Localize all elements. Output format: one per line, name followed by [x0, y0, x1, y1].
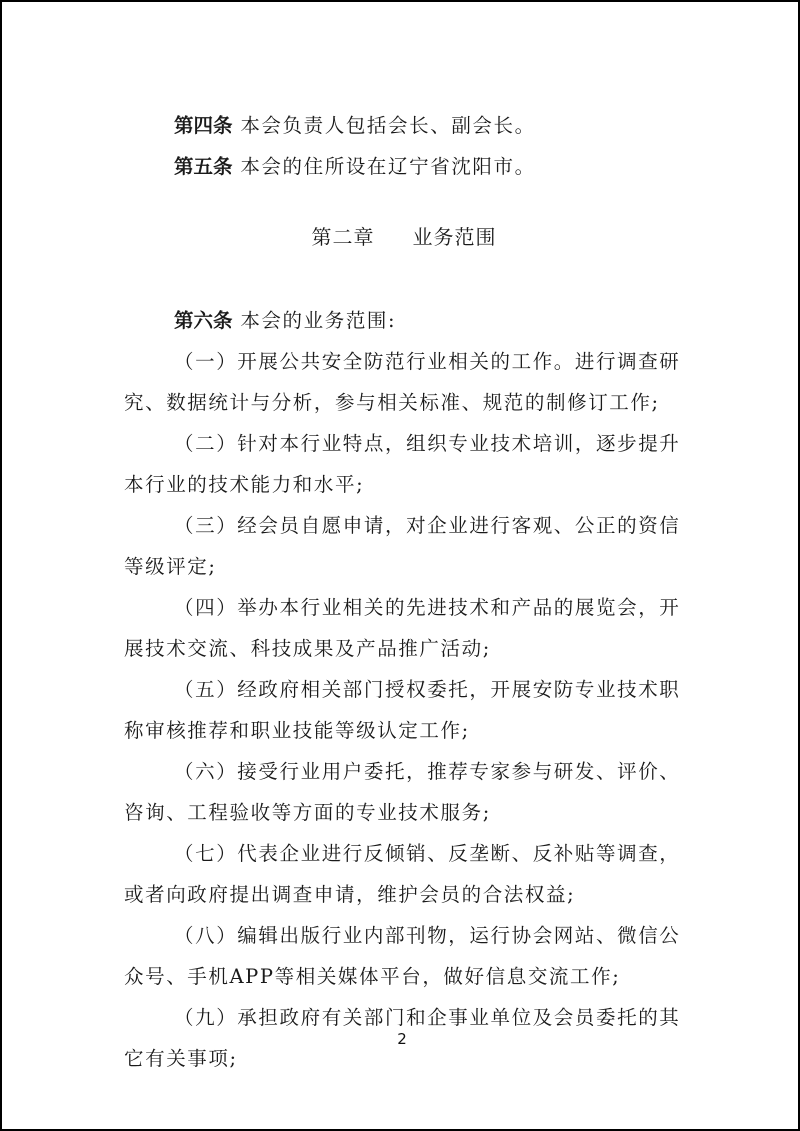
- article-6-item-2: （二）针对本行业特点，组织专业技术培训，逐步提升 本行业的技术能力和水平;: [124, 423, 684, 505]
- item-line: （八）编辑出版行业内部刊物，运行协会网站、微信公: [124, 915, 684, 956]
- spacer: [124, 258, 684, 300]
- item-line: 展技术交流、科技成果及产品推广活动;: [124, 628, 684, 669]
- item-line: （五）经政府相关部门授权委托，开展安防专业技术职: [124, 669, 684, 710]
- article-text: 本会的住所设在辽宁省沈阳市。: [240, 155, 535, 178]
- item-line: 或者向政府提出调查申请，维护会员的合法权益;: [124, 874, 684, 915]
- item-line: （七）代表企业进行反倾销、反垄断、反补贴等调查，: [124, 833, 684, 874]
- article-label: 第四条: [174, 114, 233, 137]
- chapter-number: 第二章: [312, 225, 375, 249]
- article-4: 第四条 本会负责人包括会长、副会长。: [124, 105, 684, 146]
- item-line: 本行业的技术能力和水平;: [124, 464, 684, 505]
- article-6-item-7: （七）代表企业进行反倾销、反垄断、反补贴等调查， 或者向政府提出调查申请，维护会…: [124, 833, 684, 915]
- document-body: 第四条 本会负责人包括会长、副会长。 第五条 本会的住所设在辽宁省沈阳市。 第二…: [124, 105, 684, 1079]
- item-line: 究、数据统计与分析，参与相关标准、规范的制修订工作;: [124, 382, 684, 423]
- item-line: （三）经会员自愿申请，对企业进行客观、公正的资信: [124, 505, 684, 546]
- spacer: [124, 187, 684, 217]
- item-line: （一）开展公共安全防范行业相关的工作。进行调查研: [124, 341, 684, 382]
- chapter-heading: 第二章业务范围: [124, 217, 684, 258]
- article-6-item-6: （六）接受行业用户委托，推荐专家参与研发、评价、 咨询、工程验收等方面的专业技术…: [124, 751, 684, 833]
- article-6-item-1: （一）开展公共安全防范行业相关的工作。进行调查研 究、数据统计与分析，参与相关标…: [124, 341, 684, 423]
- article-6-item-5: （五）经政府相关部门授权委托，开展安防专业技术职 称审核推荐和职业技能等级认定工…: [124, 669, 684, 751]
- document-page: 第四条 本会负责人包括会长、副会长。 第五条 本会的住所设在辽宁省沈阳市。 第二…: [0, 0, 800, 1131]
- item-line: （二）针对本行业特点，组织专业技术培训，逐步提升: [124, 423, 684, 464]
- item-line: 等级评定;: [124, 546, 684, 587]
- chapter-title: 业务范围: [413, 225, 497, 249]
- article-6: 第六条 本会的业务范围:: [124, 300, 684, 341]
- article-6-item-8: （八）编辑出版行业内部刊物，运行协会网站、微信公 众号、手机APP等相关媒体平台…: [124, 915, 684, 997]
- article-6-item-4: （四）举办本行业相关的先进技术和产品的展览会，开 展技术交流、科技成果及产品推广…: [124, 587, 684, 669]
- item-line: 称审核推荐和职业技能等级认定工作;: [124, 710, 684, 751]
- article-label: 第六条: [174, 309, 233, 332]
- item-line: （六）接受行业用户委托，推荐专家参与研发、评价、: [124, 751, 684, 792]
- article-5: 第五条 本会的住所设在辽宁省沈阳市。: [124, 146, 684, 187]
- item-line: 众号、手机APP等相关媒体平台，做好信息交流工作;: [124, 956, 684, 997]
- item-line: （四）举办本行业相关的先进技术和产品的展览会，开: [124, 587, 684, 628]
- article-text: 本会负责人包括会长、副会长。: [240, 114, 535, 137]
- item-line: 咨询、工程验收等方面的专业技术服务;: [124, 792, 684, 833]
- article-text: 本会的业务范围:: [240, 309, 396, 332]
- article-6-item-3: （三）经会员自愿申请，对企业进行客观、公正的资信 等级评定;: [124, 505, 684, 587]
- page-number: 2: [2, 1030, 800, 1048]
- article-label: 第五条: [174, 155, 233, 178]
